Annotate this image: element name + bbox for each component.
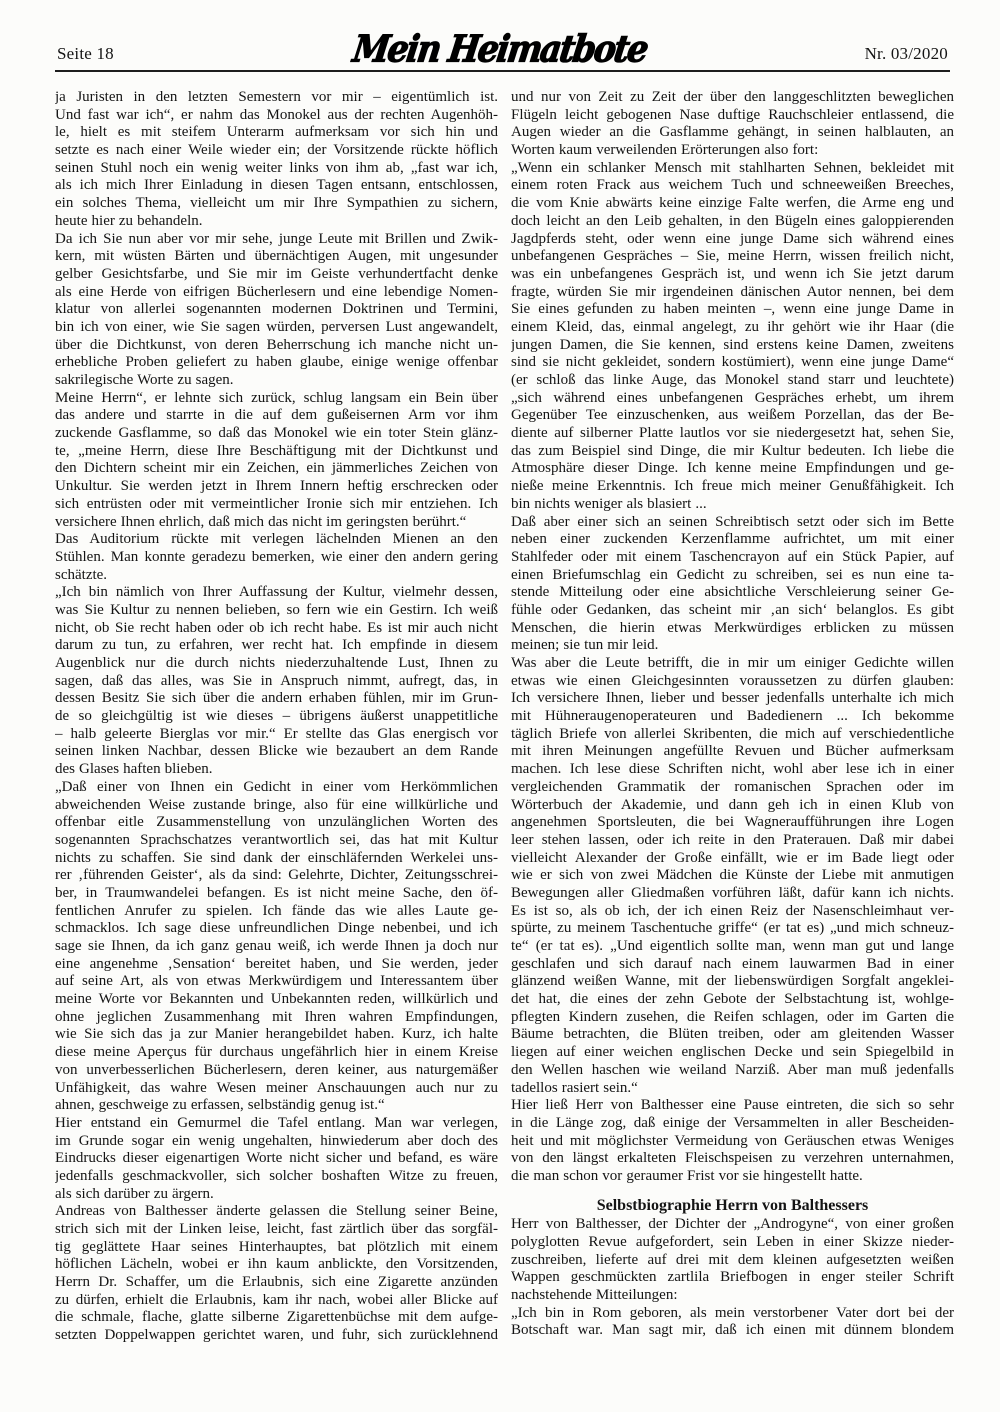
text-line: über die Dichtkunst, von deren Beherrsch… — [55, 337, 498, 355]
text-line: Herrn Dr. Schaffer, um die Erlaubnis, si… — [55, 1274, 498, 1292]
text-line: Unkultur. Sie werden jetzt in Ihrem Inne… — [55, 478, 498, 496]
text-line: gelber Gesichtsfarbe, und Sie mir im Gei… — [55, 266, 498, 284]
text-line: vielleicht Alexander der Große einfällt,… — [511, 850, 954, 868]
text-column-left: ja Juristen in den letzten Semestern vor… — [55, 89, 498, 1345]
text-line: vergleichenden Grammatik der romanischen… — [511, 779, 954, 797]
text-line: Meine Herrn“, er lehnte sich zurück, sch… — [55, 390, 498, 408]
text-line: als ich mich Ihrer Einladung in diesen T… — [55, 177, 498, 195]
text-line: te, „meine Herrn, diese Ihre Beschäftigu… — [55, 443, 498, 461]
text-line: das zum Beispiel sind Dinge, die mir Kul… — [511, 443, 954, 461]
text-line: fühle oder Gedanken, das scheint mir ‚an… — [511, 602, 954, 620]
text-line: Botschaft war. Man sagt mir, daß ich ein… — [511, 1322, 954, 1340]
text-line: einem roten Frack aus weichem Tuch und s… — [511, 177, 954, 195]
text-line: det hat, die eines der zehn Gebote der S… — [511, 991, 954, 1009]
text-line: seinen Stuhl noch ein wenig weiter links… — [55, 160, 498, 178]
text-line: mit Hühneraugenoperateuren und Badediene… — [511, 708, 954, 726]
text-line: fentlichen Anrufer zu spielen. Ich fände… — [55, 903, 498, 921]
text-line: neben einer zuckenden Kerzenflamme aufri… — [511, 531, 954, 549]
text-line: klatur von allerlei sogenannten modernen… — [55, 301, 498, 319]
text-line: „Ich bin in Rom geboren, als mein versto… — [511, 1305, 954, 1323]
text-line: Gegenüber Tee einzuschenken, aus weißem … — [511, 407, 954, 425]
text-line: glänzend weißen Wanne, mit der liebenswü… — [511, 973, 954, 991]
text-line: den Wellen haschen wie weiland Narziß. A… — [511, 1062, 954, 1080]
text-line: Das Auditorium rückte mit verlegen läche… — [55, 531, 498, 549]
text-line: zuschreiben, lieferte auf drei mit dem k… — [511, 1252, 954, 1270]
text-line: einem Kleid, das, einmal angelegt, zu ih… — [511, 319, 954, 337]
text-line: Wörterbuch der Akademie, und dann geh ic… — [511, 797, 954, 815]
text-column-right: und nur von Zeit zu Zeit der über den la… — [511, 89, 954, 1345]
text-line: Atmosphäre dieser Dinge. Ich kenne meine… — [511, 460, 954, 478]
text-line: machen. Ich lese diese Schriften nicht, … — [511, 761, 954, 779]
text-line: was Sie Kultur zu nennen belieben, so fe… — [55, 602, 498, 620]
text-line: te“ (er tat es). „Und eigentlich sollte … — [511, 938, 954, 956]
text-line: erhebliche Proben geliefert zu haben gla… — [55, 354, 498, 372]
text-line: sage sie Ihnen, da ich ganz genau weiß, … — [55, 938, 498, 956]
text-line: meinen; sie tun mir leid. — [511, 637, 954, 655]
text-line: fragte, würden Sie mir irgendeinen dänis… — [511, 284, 954, 302]
text-line: ohne jeglichen Zusammenhang mit Ihren wa… — [55, 1009, 498, 1027]
section-heading: Selbstbiographie Herrn von Balthessers — [511, 1197, 954, 1215]
text-line: stende Mitteilung oder eine absichtliche… — [511, 584, 954, 602]
text-line: liegen auf einer weichen englischen Deck… — [511, 1044, 954, 1062]
text-line: – halb geleerte Bierglas vor mir.“ Er st… — [55, 726, 498, 744]
text-line: tig geglättete Haar seines Hinterhauptes… — [55, 1239, 498, 1257]
newspaper-page: Seite 18 Mein Heimatbote Nr. 03/2020 ja … — [0, 0, 1000, 1412]
text-line: von den längst erkalteten Fleischspeisen… — [511, 1150, 954, 1168]
text-line: Hier ließ Herr von Balthesser eine Pause… — [511, 1097, 954, 1115]
text-line: heit und mit möglichster Vermeidung von … — [511, 1133, 954, 1151]
text-line: versichere Ihnen ehrlich, daß mich das n… — [55, 514, 498, 532]
text-line: Eindrucks dieser eigenartigen Worte nich… — [55, 1150, 498, 1168]
text-line: Daß aber einer sich an seinen Schreibtis… — [511, 514, 954, 532]
text-line: des Glases haften blieben. — [55, 761, 498, 779]
text-line: Hier entstand ein Gemurmel die Tafel ent… — [55, 1115, 498, 1133]
text-line: die man schon vor geraumer Frist vor sie… — [511, 1168, 954, 1186]
text-line: wie Sie sich das ja zur Manier herangebi… — [55, 1026, 498, 1044]
text-line: Bewegungen aller Gliedmaßen vorführen lä… — [511, 885, 954, 903]
text-line: von unverbesserlichen Bücherlesern, dere… — [55, 1062, 498, 1080]
text-line: „Wenn ein schlanker Mensch mit stahlhart… — [511, 160, 954, 178]
text-line: sagen, daß das alles, was Sie in Anspruc… — [55, 673, 498, 691]
text-line: de so gleichgültig ist wie dieses – übri… — [55, 708, 498, 726]
text-line: ja Juristen in den letzten Semestern vor… — [55, 89, 498, 107]
issue-number-label: Nr. 03/2020 — [865, 44, 948, 64]
text-line: nicht, ob Sie recht haben oder ob ich re… — [55, 620, 498, 638]
text-line: nachstehende Mitteilungen: — [511, 1287, 954, 1305]
text-line: Da ich Sie nun aber vor mir sehe, junge … — [55, 231, 498, 249]
text-line: etwas wie einen Gleichgesinnten vorausse… — [511, 673, 954, 691]
text-line: Bäume betrachten, die Blüten treiben, od… — [511, 1026, 954, 1044]
masthead-title: Mein Heimatbote — [0, 27, 1000, 71]
text-line: setzte es nach einer Weile wieder ein; d… — [55, 142, 498, 160]
text-line: meine Worte vor Bekannten und Unbekannte… — [55, 991, 498, 1009]
text-line: nichts zu schaffen. Sie sind dank der ei… — [55, 850, 498, 868]
text-line: sogenannten Sprachschatzes verantwortlic… — [55, 832, 498, 850]
text-line: offenbar eitle Zusammenstellung von unzu… — [55, 814, 498, 832]
text-line: tadellos rasiert sein.“ — [511, 1080, 954, 1098]
text-line: Es ist so, als ob ich, der ich einen Rei… — [511, 903, 954, 921]
text-line: jedenfalls geschmackvoller, sich solcher… — [55, 1168, 498, 1186]
text-line: Augenblick nur die durch nichts niederzu… — [55, 655, 498, 673]
text-line: das andere und starrte in die auf dem gu… — [55, 407, 498, 425]
text-line: den Dichtern scheint mir ein Zeichen, ei… — [55, 460, 498, 478]
text-line: Unfähigkeit, das wahre Wesen meiner Ansc… — [55, 1080, 498, 1098]
text-line: bin nichts weniger als blasiert ... — [511, 496, 954, 514]
text-line: leer stehen lassen, oder ich reite in de… — [511, 832, 954, 850]
text-line: rer ‚führenden Geister‘, als da sind: Ge… — [55, 867, 498, 885]
text-line: polyglotten Revue aufgefordert, sein Leb… — [511, 1234, 954, 1252]
text-line: schmacklos. Ich sage diese unfreundliche… — [55, 920, 498, 938]
text-line: strich sich mit der Linken leise, leicht… — [55, 1221, 498, 1239]
text-line: mit ihren Meinungen angefüllte Revuen un… — [511, 743, 954, 761]
text-line: ahnen, geschweige zu erfassen, selbständ… — [55, 1097, 498, 1115]
text-line: Worten kaum verweilenden Erörterungen al… — [511, 142, 954, 160]
text-line: Stahlfeder oder mit einem Taschencrayon … — [511, 549, 954, 567]
text-line: „Daß einer von Ihnen ein Gedicht in eine… — [55, 779, 498, 797]
text-line: im Grunde sogar ein wenig ungehalten, hi… — [55, 1133, 498, 1151]
text-line: die vom Knie abwärts keine einzige Falte… — [511, 195, 954, 213]
text-line: ber, in Traumwandelei befangen. Es ist n… — [55, 885, 498, 903]
text-line: auf seine Art, als von etwas Merkwürdige… — [55, 973, 498, 991]
text-line: pflegten Kindern zusehen, die Reifen sch… — [511, 1009, 954, 1027]
text-line: Wappen geschmückten zartlila Briefbogen … — [511, 1269, 954, 1287]
text-line: „sich während eines unbefangenen Gespräc… — [511, 390, 954, 408]
text-line: eine angenehme ‚Sensation‘ bereitet habe… — [55, 956, 498, 974]
text-line: Was aber die Leute betrifft, die in mir … — [511, 655, 954, 673]
text-line: darum zu tun, zu erfahren, wer recht hat… — [55, 637, 498, 655]
text-line: die schmale, flache, glatte silberne Zig… — [55, 1309, 498, 1327]
page-header: Seite 18 Mein Heimatbote Nr. 03/2020 — [0, 0, 1000, 70]
text-line: Menschen, die hierin etwas Merkwürdiges … — [511, 620, 954, 638]
text-line: le, hielt es mit steifem Unterarm aufmer… — [55, 124, 498, 142]
text-line: setzten Doppelwappen gerichtet waren, un… — [55, 1327, 498, 1345]
text-line: wie er sich von zwei Mädchen die Künste … — [511, 867, 954, 885]
text-line: als eine Herde von eifrigen Bücherlesern… — [55, 284, 498, 302]
text-line: Jagdpferds steht, oder wenn eine junge D… — [511, 231, 954, 249]
text-line: Augen wieder an die Gasflamme gehängt, i… — [511, 124, 954, 142]
text-line: abweichenden Weise zustande bringe, also… — [55, 797, 498, 815]
text-line: (er schloß das linke Auge, das Monokel s… — [511, 372, 954, 390]
text-line: unbefangenen Gespräches – Sie, meine Her… — [511, 248, 954, 266]
text-line: Stühlen. Man konnte geradezu bemerken, w… — [55, 549, 498, 567]
text-line: Und fast war ich“, er nahm das Monokel a… — [55, 107, 498, 125]
text-line: als sich darüber zu ärgern. — [55, 1186, 498, 1204]
text-line: ein solches Thema, vielleicht um mir Ihr… — [55, 195, 498, 213]
text-line: zuckende Gasflamme, so daß das Monokel w… — [55, 425, 498, 443]
text-line: jungen Damen, die Sie kennen, sind erste… — [511, 337, 954, 355]
text-line: geschlafen und sich darauf nach einem la… — [511, 956, 954, 974]
article-body: ja Juristen in den letzten Semestern vor… — [55, 89, 1000, 1345]
text-line: sind sie nicht gekleidet, sondern kostüm… — [511, 354, 954, 372]
text-line: Ich versichere Ihnen, lieber und besser … — [511, 690, 954, 708]
text-line: dessen Besitz Sie sich über die andern e… — [55, 690, 498, 708]
text-line: „Ich bin nämlich von Ihrer Auffassung de… — [55, 584, 498, 602]
text-line: seinen linken Nachbar, dessen Blicke wie… — [55, 743, 498, 761]
text-line: bin ich von einer, wie Sie sagen würden,… — [55, 319, 498, 337]
text-line: Andreas von Balthesser änderte gelassen … — [55, 1203, 498, 1221]
text-line: angenehmen Sportsleuten, die bei Wagnera… — [511, 814, 954, 832]
text-line: sich entrüsten oder mit vermeintlicher I… — [55, 496, 498, 514]
text-line: sakrilegische Worte zu sagen. — [55, 372, 498, 390]
text-line: Flügeln leicht gebogenen Nase duftige Ra… — [511, 107, 954, 125]
text-line: was ein unbefangenes Gespräch ist, und w… — [511, 266, 954, 284]
text-line: einen Briefumschlag ein Gedicht zu schre… — [511, 567, 954, 585]
text-line: diese meine Aperçus für durchaus ungefäh… — [55, 1044, 498, 1062]
text-line: nieße meine Erkenntnis. Ich freue mich m… — [511, 478, 954, 496]
text-line: in die Länge zog, daß einige der Versamm… — [511, 1115, 954, 1133]
text-line: und nur von Zeit zu Zeit der über den la… — [511, 89, 954, 107]
text-line: schätzte. — [55, 567, 498, 585]
text-line: Herr von Balthesser, der Dichter der „An… — [511, 1216, 954, 1234]
text-line: diente auf silberner Platte lautlos vor … — [511, 425, 954, 443]
text-line: spürte, zu meinem Taschentuche griffe“ (… — [511, 920, 954, 938]
text-line: Sie eines gefunden zu haben meinten –, w… — [511, 301, 954, 319]
text-line: zu dürfen, erhielt die Erlaubnis, kam ih… — [55, 1292, 498, 1310]
text-line: höflichen Lächeln, wobei er ihn kaum anb… — [55, 1256, 498, 1274]
text-line: doch leicht an den Leib gehalten, in den… — [511, 213, 954, 231]
text-line: täglich Briefe von allerlei Skribenten, … — [511, 726, 954, 744]
text-line: heute hier zu behandeln. — [55, 213, 498, 231]
text-line: kern, mit wüsten Bärten und übernächtige… — [55, 248, 498, 266]
